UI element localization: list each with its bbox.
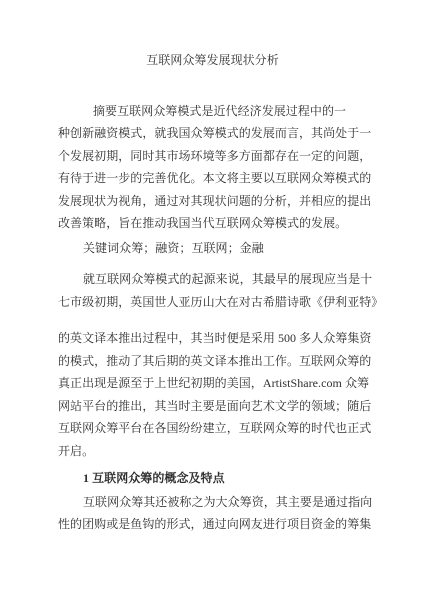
keywords-line: 关键词众筹；融资；互联网；金融 [58,237,367,260]
document-title: 互联网众筹发展现状分析 [58,49,367,72]
concept-paragraph-line: 性的团购或是鱼钩的形式，通过向网友进行项目资金的筹集 [58,513,367,536]
document-page: 互联网众筹发展现状分析 摘要互联网众筹模式是近代经济发展过程中的一 种创新融资模… [0,0,423,600]
document-content: 互联网众筹发展现状分析 摘要互联网众筹模式是近代经济发展过程中的一 种创新融资模… [0,0,423,536]
origin-paragraph-line: 开启。 [58,440,367,463]
abstract-line: 摘要互联网众筹模式是近代经济发展过程中的一 [58,100,367,123]
abstract-line: 有待于进一步的完善优化。本文将主要以互联网众筹模式的 [58,167,367,190]
origin-paragraph-line: 七市级初期，英国世人亚历山大在对古希腊诗歌《伊利亚特》 [58,291,367,314]
abstract-line: 改善策略，旨在推动我国当代互联网众筹模式的发展。 [58,212,367,235]
abstract-line: 个发展初期，同时其市场环境等多方面都存在一定的问题， [58,145,367,168]
origin-paragraph-line: 互联网众筹平台在各国纷纷建立，互联网众筹的时代也正式 [58,417,367,440]
abstract-line: 发展现状为视角，通过对其现状问题的分析，并相应的提出 [58,190,367,213]
origin-paragraph-line: 真正出现是源至于上世纪初期的美国，ArtistShare.com 众筹 [58,372,367,395]
origin-paragraph-line: 的英文译本推出过程中，其当时便是采用 500 多人众筹集资 [58,327,367,350]
origin-paragraph-line: 就互联网众筹模式的起源来说，其最早的展现应当是十 [58,268,367,291]
section-1-heading: 1 互联网众筹的概念及特点 [58,467,367,490]
origin-paragraph-line: 网站平台的推出，其当时主要是面向艺术文学的领域；随后 [58,395,367,418]
origin-paragraph-line: 的模式，推动了其后期的英文译本推出工作。互联网众筹的 [58,350,367,373]
abstract-line: 种创新融资模式，就我国众筹模式的发展而言，其尚处于一 [58,122,367,145]
concept-paragraph-line: 互联网众筹其还被称之为大众筹资，其主要是通过指向 [58,491,367,514]
